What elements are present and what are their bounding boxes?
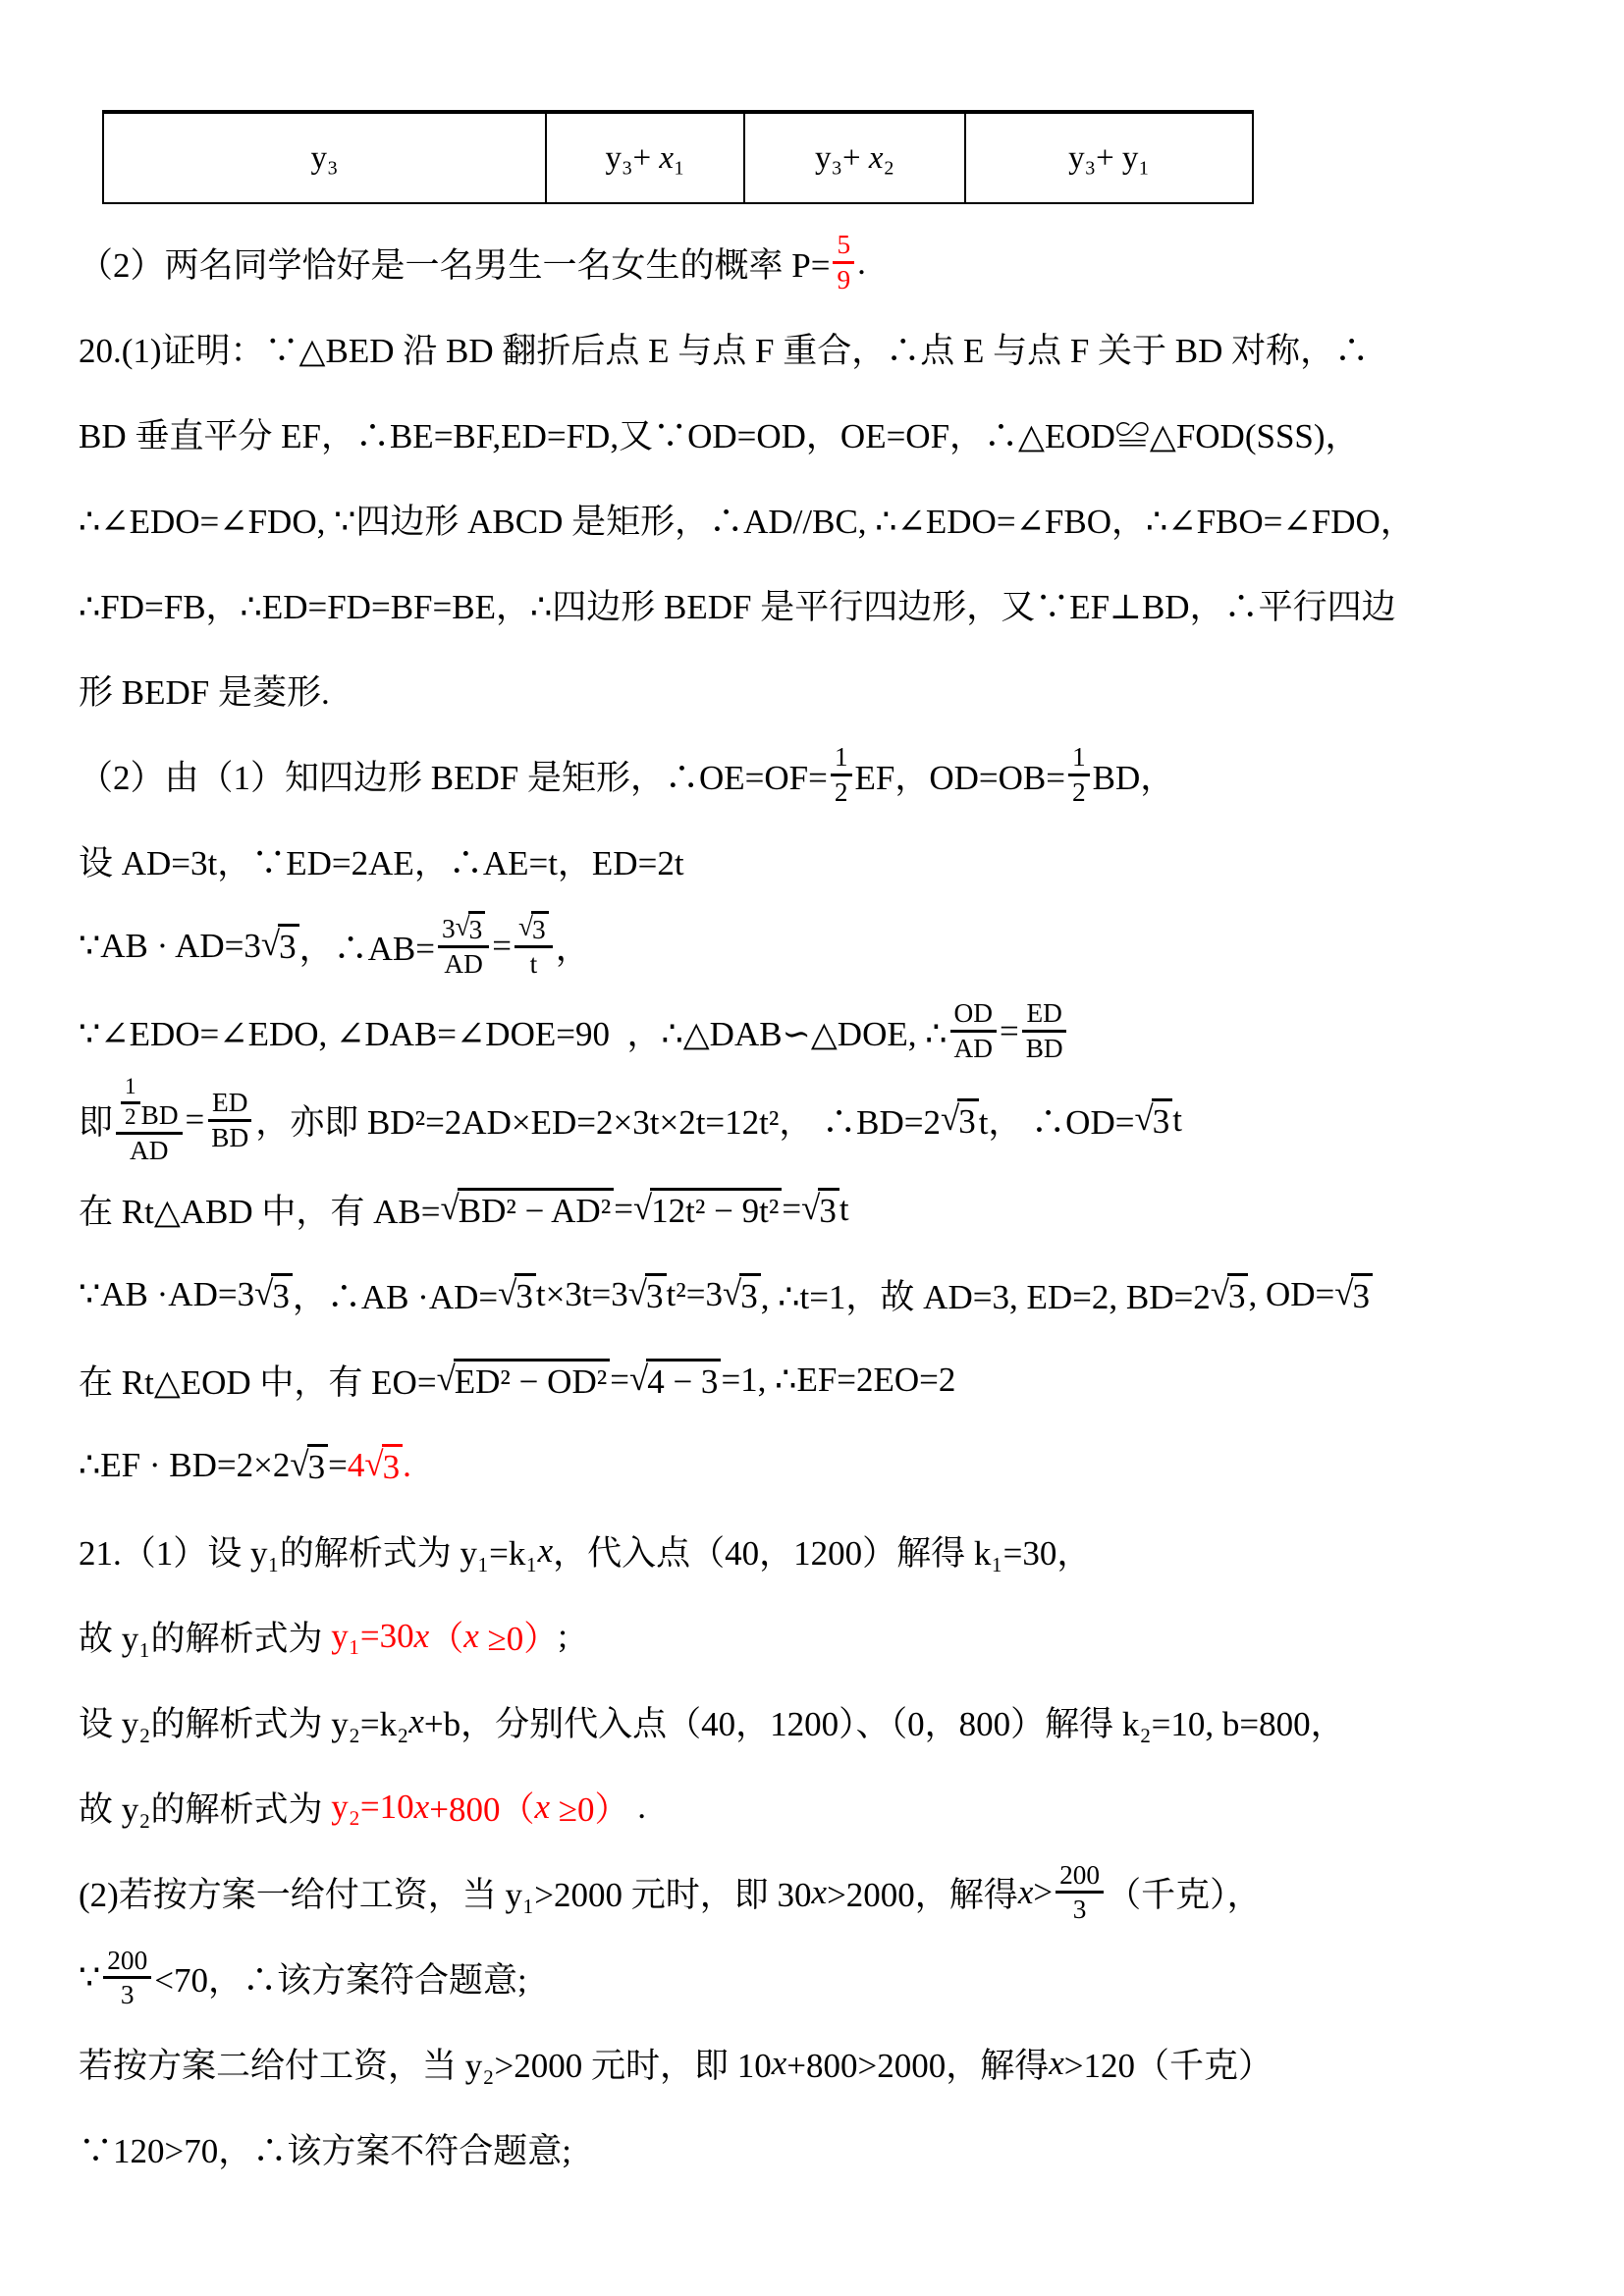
text-run: ₁ [674, 140, 685, 176]
text-run: 3 [1073, 1894, 1087, 1926]
text-run: x [812, 1873, 828, 1912]
text-run: 形 BEDF 是菱形. [79, 666, 330, 715]
solution-line: ∵120>70，∴该方案不符合题意; [79, 2106, 1547, 2191]
text-run: x [408, 1702, 424, 1741]
text-run: . [403, 1446, 411, 1485]
fraction: EDBD [1022, 997, 1067, 1065]
text-run: ; [558, 1617, 568, 1656]
radicand: 3 [645, 1273, 667, 1316]
radical-sign-icon: √ [441, 1188, 458, 1231]
text-run: <70，∴该方案符合题意; [154, 1953, 526, 2002]
fraction-numerator: 1 [1068, 741, 1090, 776]
text-run: 3 [121, 1979, 135, 2011]
text-run: BD [211, 1122, 248, 1154]
radical-sign-icon: √ [1211, 1273, 1227, 1316]
solution-line: ∵2003<70，∴该方案符合题意; [79, 1935, 1547, 2020]
sqrt-expression: √3 [1334, 1273, 1373, 1316]
text-run: ，∴AB= [299, 922, 435, 971]
text-run: = [614, 1190, 633, 1229]
fraction-denominator: 3 [117, 1979, 138, 2011]
text-run: （ [429, 1612, 463, 1661]
radicand: BD² − AD² [458, 1188, 614, 1231]
radical-sign-icon: √ [723, 1273, 739, 1316]
text-run: y₂=10 [331, 1788, 413, 1827]
solution-line: 故 y₂的解析式为 y₂=10x+800（x ≥0） . [79, 1764, 1547, 1849]
solution-line: 形 BEDF 是菱形. [79, 647, 1547, 732]
text-run: x [1018, 1873, 1034, 1912]
fraction-numerator: √3 [514, 911, 553, 948]
text-run: 5 [837, 229, 850, 261]
radicand: ED² − OD² [454, 1359, 610, 1402]
solution-line: ∵AB ·AD=3√3，∴AB ·AD=√3t×3t=3√3t²=3√3, ∴t… [79, 1252, 1547, 1337]
text-run: >120（千克） [1064, 2039, 1272, 2088]
solution-line: 在 Rt△ABD 中，有 AB=√BD² − AD²=√12t² − 9t²=√… [79, 1166, 1547, 1252]
text-run: 故 y₁的解析式为 [79, 1612, 331, 1661]
fraction: 3√3AD [438, 911, 489, 981]
radical-sign-icon: √ [290, 1444, 306, 1487]
text-run: 2 [125, 1104, 136, 1132]
text-run: 若按方案二给付工资，当 y₂>2000 元时，即 10 [79, 2039, 772, 2088]
fraction: 59 [833, 229, 854, 296]
fraction-numerator: 200 [103, 1945, 151, 1980]
text-run: +800>2000，解得 [786, 2039, 1049, 2088]
text-run: y₃+ y₁ [1068, 140, 1150, 176]
text-run: t²=3 [667, 1275, 723, 1314]
sqrt-expression: √3 [290, 1444, 328, 1487]
text-run: ∴∠EDO=∠FDO, ∵四边形 ABCD 是矩形，∴AD//BC, ∴∠EDO… [79, 495, 1415, 544]
text-run: 2 [1072, 776, 1086, 809]
fraction: ODAD [950, 997, 997, 1065]
sqrt-expression: √3 [254, 1273, 293, 1316]
sqrt-expression: √3 [456, 911, 486, 945]
solution-line: BD 垂直平分 EF，∴BE=BF,ED=FD,又∵OD=OD，OE=OF，∴△… [79, 391, 1547, 476]
sqrt-expression: √3 [723, 1273, 761, 1316]
radicand: 3 [278, 924, 299, 967]
text-run: ∵ [79, 1958, 100, 1998]
fraction-denominator: 2 [1068, 776, 1090, 809]
text-run: = [610, 1361, 629, 1400]
fraction-numerator: 12BD [116, 1074, 183, 1135]
text-run: （千克）， [1107, 1868, 1262, 1917]
text-run: 在 Rt△EOD 中，有 EO= [79, 1356, 437, 1405]
radical-sign-icon: √ [941, 1098, 957, 1142]
solution-lines: （2）两名同学恰好是一名男生一名女生的概率 P=59.20.(1)证明：∵△BE… [79, 220, 1547, 2191]
text-run: EF，OD=OB= [855, 751, 1066, 800]
text-run: OD [954, 997, 993, 1030]
text-run: （2）由（1）知四边形 BEDF 是矩形，∴OE=OF= [79, 751, 828, 800]
radicand: 3 [957, 1098, 979, 1142]
text-run: 故 y₂的解析式为 [79, 1783, 331, 1832]
text-run: = [492, 927, 512, 966]
fraction-denominator: 3 [1069, 1894, 1091, 1926]
text-run: ≥0） [550, 1783, 628, 1832]
solution-line: 若按方案二给付工资，当 y₂>2000 元时，即 10x+800>2000，解得… [79, 2020, 1547, 2106]
text-run: AD [954, 1033, 993, 1065]
text-run: ，亦即 BD²=2AD×ED=2×3t×2t=12t²， ∴BD=2 [255, 1095, 941, 1145]
table-row: y₃y₃+ x₁y₃+ x₂y₃+ y₁ [103, 112, 1253, 203]
radicand: 3 [818, 1188, 839, 1231]
solution-line: ∵AB · AD=3√3，∴AB=3√3AD=√3t， [79, 903, 1547, 988]
text-run: +b，分别代入点（40，1200）、（0，800）解得 k₂=10, b=800… [424, 1697, 1345, 1746]
solution-line: 20.(1)证明：∵△BED 沿 BD 翻折后点 E 与点 F 重合，∴点 E … [79, 305, 1547, 391]
radicand: 3 [1227, 1273, 1249, 1316]
text-run: y₃+ [605, 140, 659, 176]
radical-sign-icon: √ [364, 1444, 381, 1487]
radical-sign-icon: √ [629, 1359, 646, 1402]
sqrt-expression: √3 [801, 1188, 839, 1231]
radicand: 3 [271, 1273, 293, 1316]
fraction-denominator: AD [440, 948, 486, 981]
solution-line: ∴FD=FB，∴ED=FD=BF=BE，∴四边形 BEDF 是平行四边形，又∵E… [79, 561, 1547, 647]
text-run: = [328, 1446, 348, 1485]
solution-line: (2)若按方案一给付工资，当 y₁>2000 元时，即 30x>2000，解得x… [79, 1849, 1547, 1935]
text-run: x [772, 2044, 787, 2083]
fraction: EDBD [207, 1087, 252, 1154]
text-run: 2 [835, 776, 848, 809]
fraction: 2003 [103, 1945, 151, 2012]
solution-line: 设 y₂的解析式为 y₂=k₂x+b，分别代入点（40，1200）、（0，800… [79, 1679, 1547, 1764]
radicand: 3 [531, 911, 549, 945]
fraction: √3t [514, 911, 553, 981]
text-run: ，代入点（40，1200）解得 k₁=30， [553, 1526, 1091, 1575]
text-run: t， ∴OD= [979, 1095, 1135, 1145]
text-run: t×3t=3 [536, 1275, 628, 1314]
fraction-denominator: BD [207, 1122, 252, 1154]
text-run: y₃+ [815, 140, 869, 176]
text-run: 设 AD=3t，∵ED=2AE，∴AE=t，ED=2t [79, 836, 684, 885]
text-run: =1, ∴EF=2EO=2 [721, 1361, 955, 1400]
radical-sign-icon: √ [437, 1359, 454, 1402]
sqrt-expression: √3 [364, 1444, 403, 1487]
fraction-denominator: AD [950, 1033, 997, 1065]
text-run: ，∴AB ·AD= [293, 1270, 498, 1319]
fraction-denominator: 2 [831, 776, 852, 809]
sqrt-expression: √3 [498, 1273, 536, 1316]
sqrt-expression: √3 [628, 1273, 667, 1316]
sqrt-expression: √3 [941, 1098, 979, 1142]
radical-sign-icon: √ [628, 1273, 645, 1316]
fraction: 2003 [1056, 1859, 1104, 1927]
fraction-denominator: 2 [121, 1104, 140, 1132]
radical-sign-icon: √ [261, 924, 278, 967]
fraction: 12BDAD [116, 1074, 183, 1166]
radicand: 3 [1152, 1098, 1173, 1142]
document-page: y₃y₃+ x₁y₃+ x₂y₃+ y₁ （2）两名同学恰好是一名男生一名女生的… [0, 0, 1624, 2296]
sqrt-expression: √3 [518, 911, 549, 945]
text-run: > [1033, 1873, 1053, 1912]
solution-line: 设 AD=3t，∵ED=2AE，∴AE=t，ED=2t [79, 818, 1547, 903]
text-run: ≥0） [479, 1612, 558, 1661]
radical-sign-icon: √ [498, 1273, 514, 1316]
text-run: 200 [1059, 1859, 1100, 1892]
fraction-numerator: 1 [831, 741, 852, 776]
text-run: ∴FD=FB，∴ED=FD=BF=BE，∴四边形 BEDF 是平行四边形，又∵E… [79, 580, 1396, 629]
text-run: AD [130, 1135, 168, 1167]
text-run: 200 [107, 1945, 147, 1977]
radical-sign-icon: √ [518, 911, 531, 945]
text-run: = [1000, 1012, 1019, 1051]
table-cell: y₃ [103, 112, 546, 203]
radical-sign-icon: √ [633, 1188, 650, 1231]
fraction-numerator: 3√3 [438, 911, 489, 948]
text-run: ₂ [884, 140, 895, 176]
sqrt-expression: √3 [1211, 1273, 1249, 1316]
text-run: x [869, 140, 884, 176]
fraction-numerator: ED [208, 1087, 251, 1122]
fraction-numerator: OD [950, 997, 997, 1033]
text-run: 在 Rt△ABD 中，有 AB= [79, 1185, 441, 1234]
text-run: x [534, 1788, 550, 1827]
text-run: . [628, 1788, 646, 1827]
solution-line: （2）由（1）知四边形 BEDF 是矩形，∴OE=OF=12EF，OD=OB=1… [79, 732, 1547, 818]
radicand: 3 [468, 911, 486, 945]
solution-line: 21.（1）设 y₁的解析式为 y₁=k₁x，代入点（40，1200）解得 k₁… [79, 1508, 1547, 1593]
fraction-denominator: AD [126, 1135, 172, 1167]
text-run: x [1049, 2044, 1064, 2083]
text-run: t [530, 948, 538, 981]
text-run: y₃ [310, 140, 338, 176]
text-run: t [839, 1190, 849, 1229]
radicand: 12t² − 9t² [650, 1188, 782, 1231]
fraction-denominator: BD [1022, 1033, 1067, 1065]
radical-sign-icon: √ [1334, 1273, 1351, 1316]
text-run: 20.(1)证明：∵△BED 沿 BD 翻折后点 E 与点 F 重合，∴点 E … [79, 324, 1369, 373]
fraction-numerator: 200 [1056, 1859, 1104, 1895]
text-run: BD [1026, 1033, 1063, 1065]
text-run: ∵∠EDO=∠EDO, ∠DAB=∠DOE=90 ，∴△DAB∽△DOE, ∴ [79, 1007, 947, 1056]
solution-line: （2）两名同学恰好是一名男生一名女生的概率 P=59. [79, 220, 1547, 305]
text-run: BD， [1093, 751, 1175, 800]
fraction-numerator: 5 [833, 229, 854, 264]
text-run: = [782, 1190, 801, 1229]
table-cell: y₃+ y₁ [965, 112, 1253, 203]
radicand: 3 [739, 1273, 761, 1316]
text-run: (2)若按方案一给付工资，当 y₁>2000 元时，即 30 [79, 1868, 812, 1917]
text-run: x [414, 1788, 430, 1827]
text-run: >2000，解得 [827, 1868, 1018, 1917]
text-run: 9 [837, 264, 850, 296]
text-run: ED [212, 1087, 247, 1119]
radical-sign-icon: √ [801, 1188, 818, 1231]
text-run: 4 [348, 1446, 365, 1485]
text-run: ∴EF · BD=2×2 [79, 1446, 290, 1485]
text-run: （2）两名同学恰好是一名男生一名女生的概率 P= [79, 239, 830, 288]
text-run: 1 [125, 1074, 136, 1101]
radicand: 3 [1351, 1273, 1373, 1316]
fraction-numerator: ED [1022, 997, 1065, 1033]
text-run: +800（ [429, 1783, 534, 1832]
radicand: 3 [514, 1273, 536, 1316]
radicand: 4 − 3 [646, 1359, 721, 1402]
sqrt-expression: √12t² − 9t² [633, 1188, 782, 1231]
probability-table: y₃y₃+ x₁y₃+ x₂y₃+ y₁ [102, 110, 1254, 204]
sqrt-expression: √3 [261, 924, 299, 967]
text-run: = [186, 1100, 205, 1140]
text-run: 即 [79, 1095, 113, 1145]
text-run: , ∴t=1，故 AD=3, ED=2, BD=2 [761, 1270, 1211, 1319]
text-run: x [538, 1531, 554, 1571]
text-run: BD 垂直平分 EF，∴BE=BF,ED=FD,又∵OD=OD，OE=OF，∴△… [79, 409, 1360, 458]
text-run: ， [556, 922, 590, 971]
text-run: AD [444, 948, 482, 981]
table-cell: y₃+ x₂ [744, 112, 965, 203]
text-run: BD [141, 1099, 179, 1132]
text-run: ∵120>70，∴该方案不符合题意; [79, 2124, 571, 2173]
solution-line: ∴∠EDO=∠FDO, ∵四边形 ABCD 是矩形，∴AD//BC, ∴∠EDO… [79, 476, 1547, 561]
text-run: 3 [442, 913, 456, 945]
radical-sign-icon: √ [456, 911, 468, 945]
fraction-denominator: t [526, 948, 542, 981]
radicand: 3 [307, 1444, 329, 1487]
text-run: ED [1026, 997, 1061, 1030]
solution-line: 即12BDAD=EDBD，亦即 BD²=2AD×ED=2×3t×2t=12t²，… [79, 1074, 1547, 1166]
text-run: 1 [1072, 741, 1086, 774]
solution-line: 在 Rt△EOD 中，有 EO=√ED² − OD²=√4 − 3=1, ∴EF… [79, 1337, 1547, 1422]
radical-sign-icon: √ [1134, 1098, 1151, 1142]
text-run: 设 y₂的解析式为 y₂=k₂ [79, 1697, 408, 1746]
sqrt-expression: √3 [1134, 1098, 1172, 1142]
text-run: ∵AB · AD=3 [79, 927, 261, 966]
solution-line: ∵∠EDO=∠EDO, ∠DAB=∠DOE=90 ，∴△DAB∽△DOE, ∴O… [79, 988, 1547, 1074]
text-run: ∵AB ·AD=3 [79, 1275, 254, 1314]
text-run: x [414, 1617, 430, 1656]
text-run: 21.（1）设 y₁的解析式为 y₁=k₁ [79, 1526, 538, 1575]
text-run: , OD= [1248, 1275, 1334, 1314]
sqrt-expression: √ED² − OD² [437, 1359, 611, 1402]
text-run: . [857, 243, 866, 283]
text-run: 1 [835, 741, 848, 774]
text-run: t [1172, 1100, 1182, 1140]
radicand: 3 [382, 1444, 404, 1487]
fraction: 12 [1068, 741, 1090, 809]
solution-line: ∴EF · BD=2×2√3=4√3. [79, 1422, 1547, 1508]
text-run: x [659, 140, 674, 176]
fraction-numerator: 1 [121, 1074, 140, 1104]
fraction: 12 [831, 741, 852, 809]
text-run: y₁=30 [331, 1617, 413, 1656]
text-run: x [463, 1617, 479, 1656]
radical-sign-icon: √ [254, 1273, 271, 1316]
sqrt-expression: √BD² − AD² [441, 1188, 615, 1231]
solution-line: 故 y₁的解析式为 y₁=30x（x ≥0）; [79, 1593, 1547, 1679]
fraction-denominator: 9 [833, 264, 854, 296]
table-cell: y₃+ x₁ [546, 112, 744, 203]
sqrt-expression: √4 − 3 [629, 1359, 721, 1402]
fraction: 12 [121, 1074, 140, 1132]
